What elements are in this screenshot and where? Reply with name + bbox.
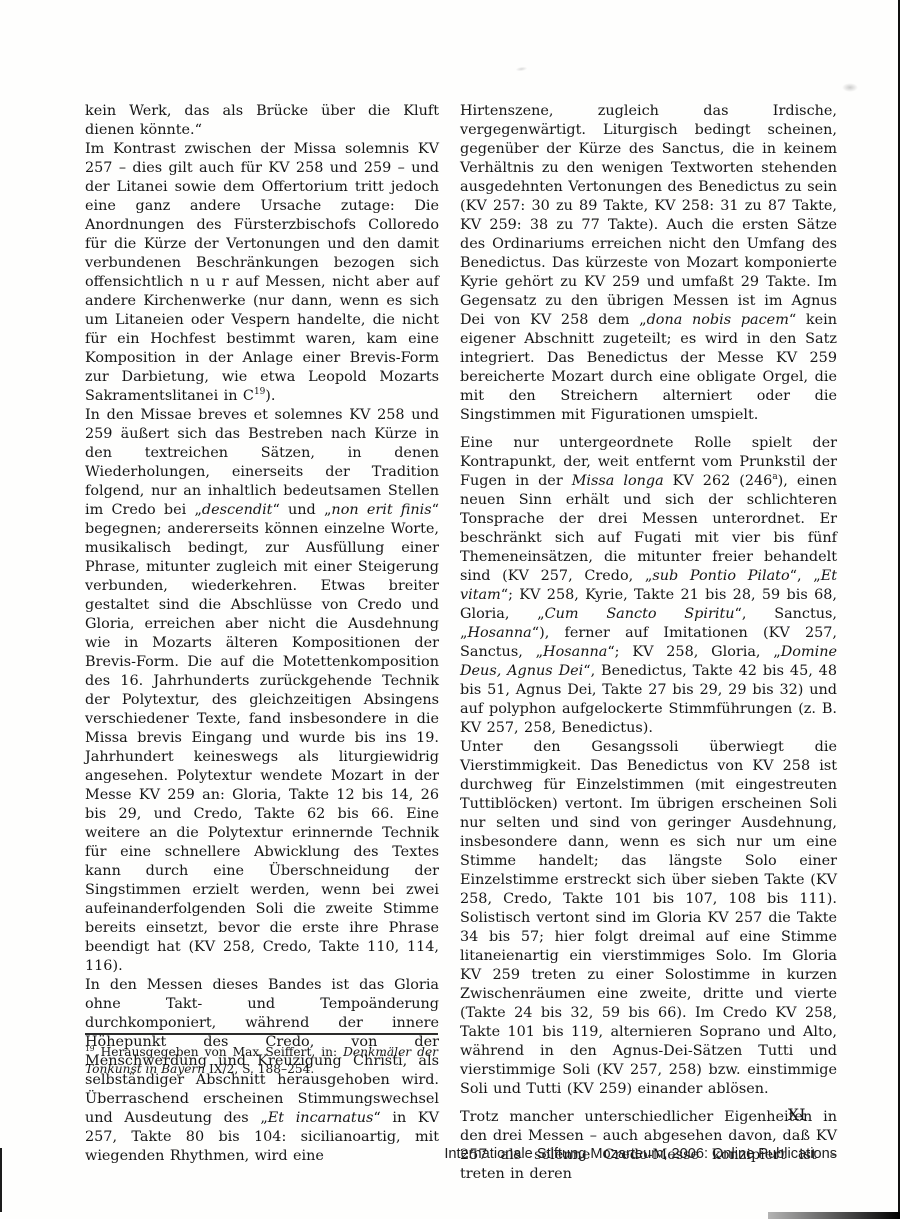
paragraph: Hirtenszene, zugleich das Irdische, verg… (460, 102, 837, 425)
page-number: XI (450, 1106, 806, 1124)
footnote-block: 19 Herausgegeben von Max Seiffert, in: D… (85, 1033, 438, 1077)
paragraph: Unter den Gesangssoli überwiegt die Vier… (460, 738, 837, 1099)
paper-smudge-top-right (842, 83, 858, 92)
text-columns: kein Werk, das als Brücke über die Kluft… (85, 102, 837, 1184)
scan-bottom-smudge (768, 1212, 900, 1219)
paragraph: kein Werk, das als Brücke über die Kluft… (85, 102, 439, 140)
paragraph: In den Missae breves et solemnes KV 258 … (85, 406, 439, 976)
footnote: 19 Herausgegeben von Max Seiffert, in: D… (85, 1044, 438, 1077)
document-page: kein Werk, das als Brücke über die Kluft… (0, 0, 900, 1219)
paragraph: Im Kontrast zwischen der Missa solemnis … (85, 140, 439, 406)
paragraph: Eine nur untergeordnete Rolle spielt der… (460, 434, 837, 738)
right-column: Hirtenszene, zugleich das Irdische, verg… (460, 102, 837, 1184)
footnote-separator (85, 1033, 438, 1035)
footer-credit: Internationale Stiftung Mozarteum, 2006:… (430, 1146, 837, 1162)
left-column: kein Werk, das als Brücke über die Kluft… (85, 102, 439, 1184)
paper-smudge-top-center (516, 66, 527, 71)
scan-left-edge-line (0, 1148, 2, 1212)
